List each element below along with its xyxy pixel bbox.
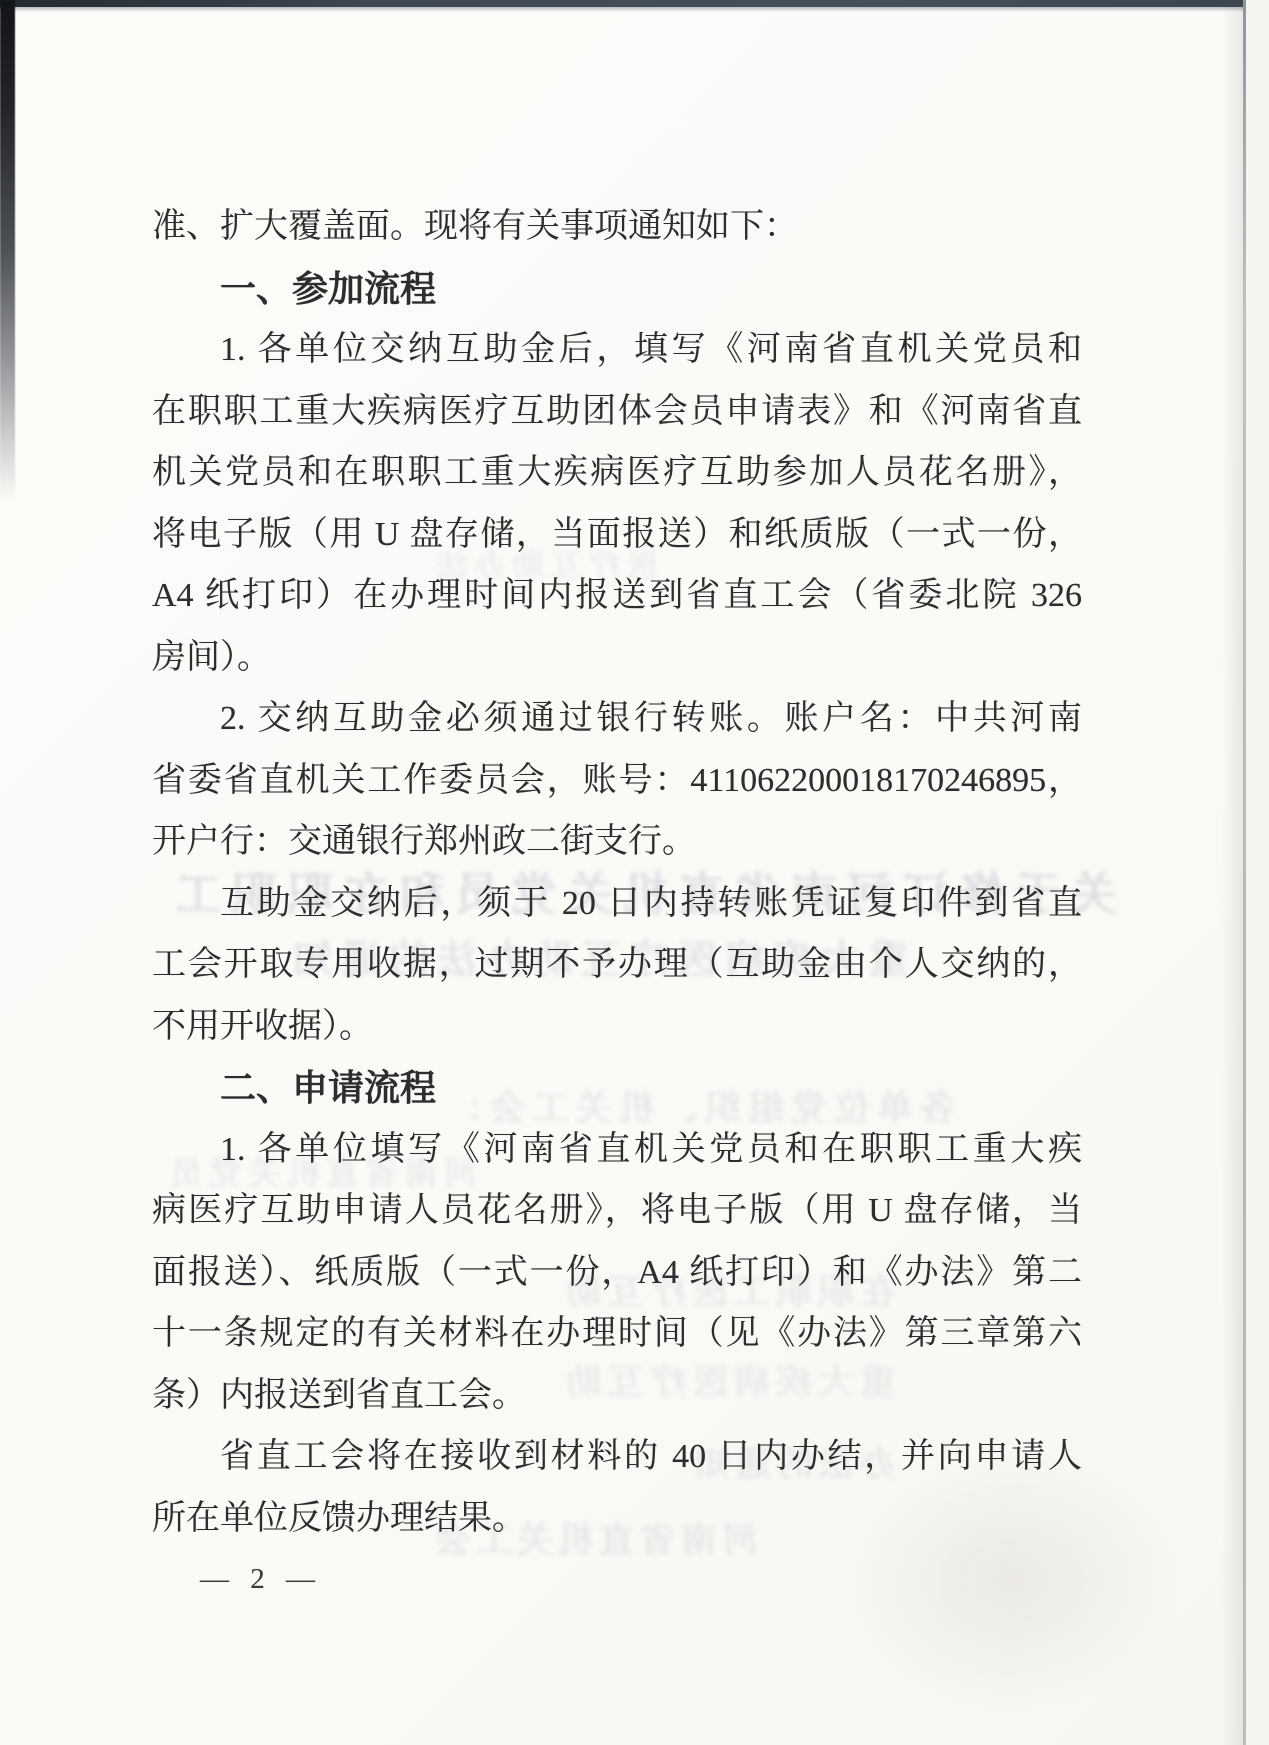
page-number: — 2 — <box>152 1549 1082 1611</box>
section-heading: 二、申请流程 <box>152 1057 1082 1119</box>
text-line: 省直工会将在接收到材料的 40 日内办结，并向申请人 <box>152 1426 1082 1488</box>
text-line: 开户行：交通银行郑州政二街支行。 <box>152 811 1082 873</box>
text-line: 房间）。 <box>152 627 1082 689</box>
text-line: 面报送）、纸质版（一式一份，A4 纸打印）和《办法》第二 <box>152 1242 1082 1304</box>
text-line: 1. 各单位填写《河南省直机关党员和在职职工重大疾 <box>152 1119 1082 1181</box>
text-line: A4 纸打印）在办理时间内报送到省直工会（省委北院 326 <box>152 565 1082 627</box>
text-line: 2. 交纳互助金必须通过银行转账。账户名：中共河南 <box>152 688 1082 750</box>
section-heading: 一、参加流程 <box>152 258 1082 320</box>
text-line: 工会开取专用收据，过期不予办理（互助金由个人交纳的， <box>152 934 1082 996</box>
text-line: 1. 各单位交纳互助金后，填写《河南省直机关党员和 <box>152 319 1082 381</box>
text-line: 十一条规定的有关材料在办理时间（见《办法》第三章第六 <box>152 1303 1082 1365</box>
text-line: 在职职工重大疾病医疗互助团体会员申请表》和《河南省直 <box>152 381 1082 443</box>
text-line: 省委省直机关工作委员会，账号：411062200018170246895， <box>152 750 1082 812</box>
text-line: 不用开收据）。 <box>152 996 1082 1058</box>
scan-edge-left <box>0 0 15 500</box>
text-line: 将电子版（用 U 盘存储，当面报送）和纸质版（一式一份， <box>152 504 1082 566</box>
text-line: 准、扩大覆盖面。现将有关事项通知如下： <box>152 196 1082 258</box>
text-line: 病医疗互助申请人员花名册》，将电子版（用 U 盘存储，当 <box>152 1180 1082 1242</box>
text-line: 互助金交纳后，须于 20 日内持转账凭证复印件到省直 <box>152 873 1082 935</box>
scanned-document-page: 关于修订河南省直机关党员和在职职工 重大疾病医疗互助办法的通知 医疗互助办法 各… <box>0 0 1269 1745</box>
scan-right-margin <box>1246 0 1269 1745</box>
document-text-column: 准、扩大覆盖面。现将有关事项通知如下： 一、参加流程 1. 各单位交纳互助金后，… <box>152 0 1082 1611</box>
text-line: 所在单位反馈办理结果。 <box>152 1488 1082 1550</box>
text-line: 机关党员和在职职工重大疾病医疗互助参加人员花名册》， <box>152 442 1082 504</box>
text-line: 条）内报送到省直工会。 <box>152 1365 1082 1427</box>
paper-right-shade <box>1222 0 1243 1745</box>
